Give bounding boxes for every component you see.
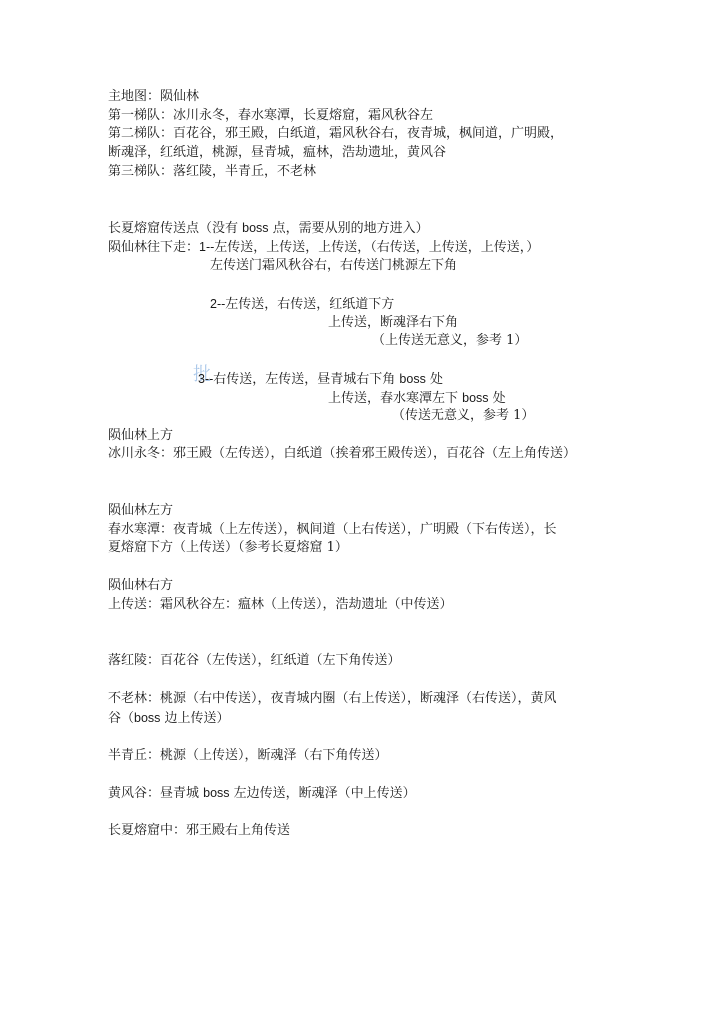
tier3-line: 第三梯队：落红陵，半青丘，不老林 bbox=[108, 163, 316, 181]
huangfenggu-boss: boss bbox=[203, 786, 229, 800]
route1-number: 1-- bbox=[199, 240, 214, 254]
route3-sub-boss: boss bbox=[462, 391, 488, 405]
changxia-title: 长夏熔窟传送点（没有 boss 点，需要从别的地方进入） bbox=[108, 219, 429, 238]
bulaolin-line2-pre: 谷（ bbox=[108, 711, 134, 726]
route3-sub-pre: 上传送，春水寒潭左下 bbox=[328, 391, 462, 406]
route3-sub-post: 处 bbox=[489, 391, 506, 406]
changxia-title-post: 点，需要从别的地方进入） bbox=[269, 221, 429, 236]
main-map-line: 主地图：陨仙林 bbox=[108, 88, 199, 106]
route3-sub: 上传送，春水寒潭左下 boss 处 bbox=[328, 389, 506, 408]
left-title: 陨仙林左方 bbox=[108, 502, 173, 520]
tier2-line-2: 断魂泽，红纸道，桃源，昼青城，瘟林，浩劫遗址，黄风谷 bbox=[108, 144, 446, 162]
route3-boss: boss bbox=[399, 372, 425, 386]
route3-note: （传送无意义，参考 1） bbox=[392, 407, 534, 425]
banqingqiu-line: 半青丘：桃源（上传送），断魂泽（右下角传送） bbox=[108, 747, 388, 765]
tier1-line: 第一梯队：冰川永冬，春水寒潭，长夏熔窟，霜风秋谷左 bbox=[108, 107, 433, 125]
bulaolin-line-1: 不老林：桃源（右中传送），夜青城内圈（右上传送），断魂泽（右传送），黄风 bbox=[108, 690, 557, 708]
route3-text-pre: 右传送，左传送，昼青城右下角 bbox=[213, 372, 399, 387]
above-text: 冰川永冬：邪王殿（左传送），白纸道（挨着邪王殿传送），百花谷（左上角传送） bbox=[108, 445, 576, 463]
route1-text: 左传送，上传送，上传送，（右传送，上传送，上传送，） bbox=[214, 240, 539, 255]
route2-line: 2--左传送，右传送，红纸道下方 bbox=[210, 295, 394, 314]
changxia-title-boss: boss bbox=[242, 221, 268, 235]
route3-number: 3-- bbox=[198, 372, 213, 386]
route2-text: 左传送，右传送，红纸道下方 bbox=[225, 297, 394, 312]
route3-text-post: 处 bbox=[426, 372, 443, 387]
route-label: 陨仙林往下走： bbox=[108, 240, 199, 255]
bulaolin-boss: boss bbox=[134, 711, 160, 725]
left-text-1: 春水寒潭：夜青城（上左传送），枫间道（上右传送），广明殿（下右传送），长 bbox=[108, 521, 557, 539]
huangfenggu-line: 黄风谷：昼青城 boss 左边传送，断魂泽（中上传送） bbox=[108, 784, 416, 803]
changxia-title-pre: 长夏熔窟传送点（没有 bbox=[108, 221, 242, 236]
huangfenggu-post: 左边传送，断魂泽（中上传送） bbox=[230, 786, 416, 801]
route2-sub: 上传送，断魂泽右下角 bbox=[328, 314, 458, 332]
right-text: 上传送：霜风秋谷左：瘟林（上传送），浩劫遗址（中传送） bbox=[108, 596, 453, 614]
luohongling-line: 落红陵：百花谷（左传送），红纸道（左下角传送） bbox=[108, 652, 401, 670]
above-title: 陨仙林上方 bbox=[108, 427, 173, 445]
changxia-mid-line: 长夏熔窟中：邪王殿右上角传送 bbox=[108, 822, 290, 840]
route2-number: 2-- bbox=[210, 297, 225, 311]
document-page: 主地图：陨仙林 第一梯队：冰川永冬，春水寒潭，长夏熔窟，霜风秋谷左 第二梯队：百… bbox=[0, 0, 720, 1018]
route1-note: 左传送门霜风秋谷右，右传送门桃源左下角 bbox=[210, 257, 457, 275]
huangfenggu-pre: 黄风谷：昼青城 bbox=[108, 786, 203, 801]
left-text-2: 夏熔窟下方（上传送）（参考长夏熔窟 1） bbox=[108, 539, 348, 557]
route2-note: （上传送无意义，参考 1） bbox=[372, 332, 527, 350]
bulaolin-line2-post: 边上传送） bbox=[160, 711, 229, 726]
route3-line: 3--右传送，左传送，昼青城右下角 boss 处 bbox=[198, 370, 443, 389]
route1-line: 陨仙林往下走：1--左传送，上传送，上传送，（右传送，上传送，上传送，） bbox=[108, 238, 539, 257]
tier2-line-1: 第二梯队：百花谷，邪王殿，白纸道，霜风秋谷右，夜青城，枫间道，广明殿， bbox=[108, 125, 563, 143]
bulaolin-line-2: 谷（boss 边上传送） bbox=[108, 709, 230, 728]
right-title: 陨仙林右方 bbox=[108, 577, 173, 595]
